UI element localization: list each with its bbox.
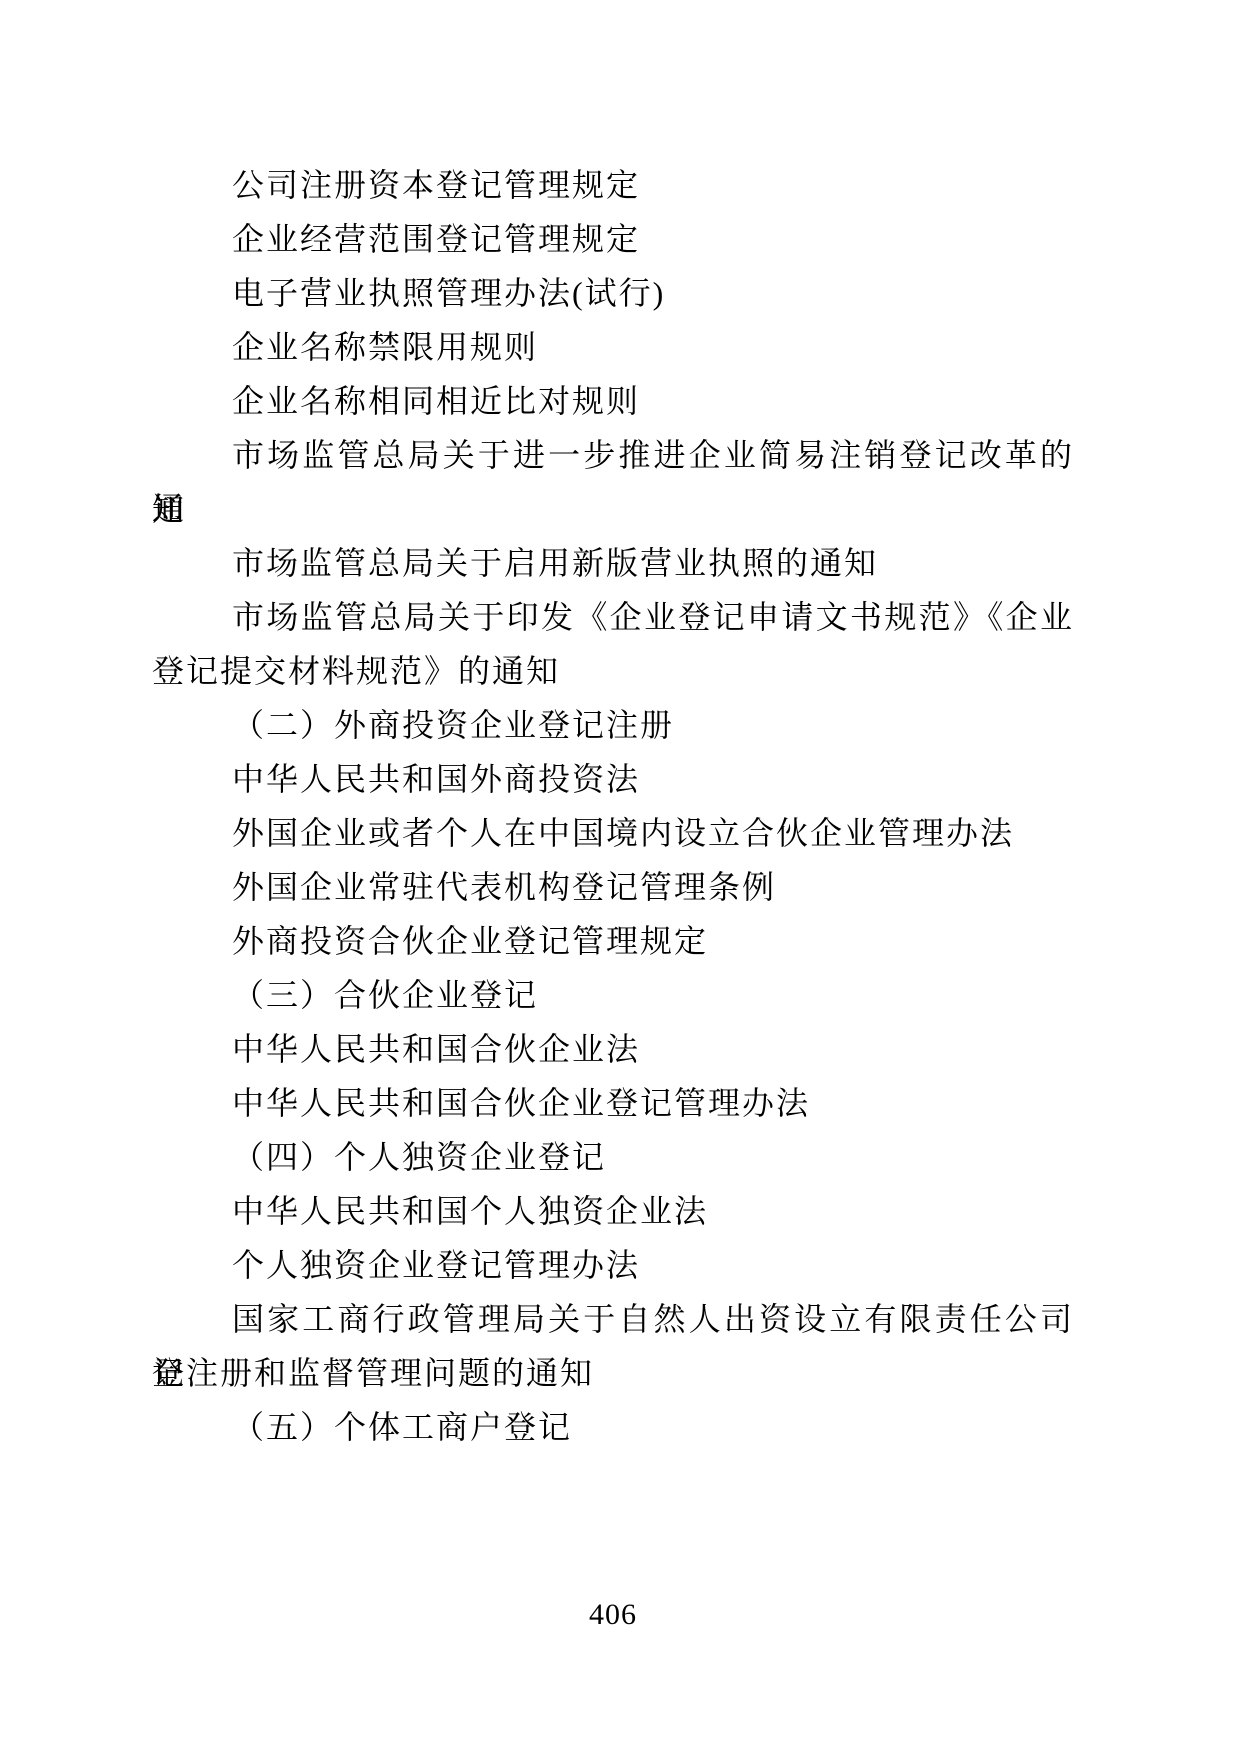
list-item: 企业名称相同相近比对规则	[152, 374, 1074, 428]
list-item: 电子营业执照管理办法(试行)	[152, 266, 1074, 320]
list-item-wrapped-first-line: 市场监管总局关于进一步推进企业简易注销登记改革的通	[152, 428, 1074, 482]
section-heading: （二）外商投资企业登记注册	[152, 698, 1074, 752]
list-item: 企业名称禁限用规则	[152, 320, 1074, 374]
list-item: 企业经营范围登记管理规定	[152, 212, 1074, 266]
page-number: 406	[152, 1598, 1074, 1632]
list-item: 个人独资企业登记管理办法	[152, 1238, 1074, 1292]
list-item: 外商投资合伙企业登记管理规定	[152, 914, 1074, 968]
list-item-continuation: 记注册和监督管理问题的通知	[152, 1346, 1074, 1400]
list-item: 外国企业或者个人在中国境内设立合伙企业管理办法	[152, 806, 1074, 860]
regulation-list: 公司注册资本登记管理规定 企业经营范围登记管理规定 电子营业执照管理办法(试行)…	[152, 158, 1074, 1454]
list-item-continuation: 登记提交材料规范》的通知	[152, 644, 1074, 698]
list-item-wrapped-first-line: 市场监管总局关于印发《企业登记申请文书规范》《企业	[152, 590, 1074, 644]
section-heading: （三）合伙企业登记	[152, 968, 1074, 1022]
list-item: 中华人民共和国合伙企业登记管理办法	[152, 1076, 1074, 1130]
list-item-continuation: 知	[152, 482, 1074, 536]
list-item: 中华人民共和国合伙企业法	[152, 1022, 1074, 1076]
section-heading: （四）个人独资企业登记	[152, 1130, 1074, 1184]
list-item: 中华人民共和国外商投资法	[152, 752, 1074, 806]
list-item: 外国企业常驻代表机构登记管理条例	[152, 860, 1074, 914]
section-heading: （五）个体工商户登记	[152, 1400, 1074, 1454]
list-item: 市场监管总局关于启用新版营业执照的通知	[152, 536, 1074, 590]
list-item: 公司注册资本登记管理规定	[152, 158, 1074, 212]
document-page: 公司注册资本登记管理规定 企业经营范围登记管理规定 电子营业执照管理办法(试行)…	[0, 0, 1240, 1754]
list-item: 中华人民共和国个人独资企业法	[152, 1184, 1074, 1238]
list-item-wrapped-first-line: 国家工商行政管理局关于自然人出资设立有限责任公司登	[152, 1292, 1074, 1346]
